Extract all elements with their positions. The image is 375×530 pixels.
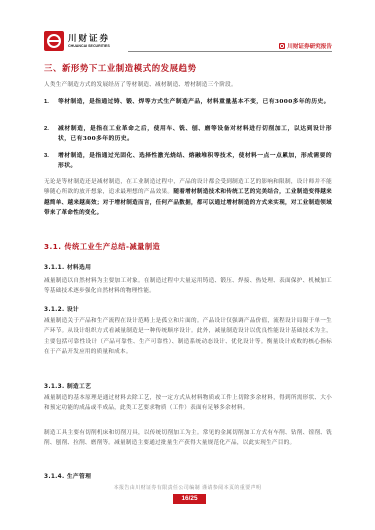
page-number-badge: 16/25	[173, 494, 206, 504]
body-paragraph: 制造工具主要有切削机床和切削刀具，以传统切削加工为主。常见的金属切削加工方式有车…	[44, 428, 332, 449]
small-logo-icon	[279, 43, 285, 49]
section-title: 三、新形势下工业制造模式的发展趋势	[44, 62, 197, 74]
document-page: 川财证券 CHUANCAI SECURITIES 川财证券研究报告 三、新形势下…	[0, 0, 375, 530]
list-item-text: 增材制造，是指通过光固化、选择性激光烧结、熔融堆积等技术，使材料一点一点累加，形…	[58, 151, 332, 172]
list-item-text: 等材制造，是指通过铸、锻、焊等方式生产制造产品，材料重量基本不变，已有3000多…	[58, 97, 332, 107]
header-divider	[128, 51, 332, 52]
body-paragraph: 减量制造的基本原理是通过材料去除工艺，按一定方式从材料物质或工件上切除多余材料，…	[44, 393, 332, 414]
report-tag: 川财证券研究报告	[279, 42, 332, 50]
report-tag-label: 川财证券研究报告	[287, 42, 332, 50]
list-item: 1. 等材制造，是指通过铸、锻、焊等方式生产制造产品，材料重量基本不变，已有30…	[44, 97, 332, 107]
section-intro: 人类生产制造方式的发展经历了等材制造、减材制造、增材制造三个阶段。	[44, 80, 332, 90]
subsubsection-title: 3.1.4. 生产管理	[44, 471, 91, 480]
list-item-number: 1.	[44, 97, 49, 107]
body-paragraph: 减量制造以自然材料为主要加工对象。在制造过程中大量运用铸造、锻压、焊接、热处理、…	[44, 276, 332, 297]
subsubsection-title: 3.1.1. 材料选用	[44, 262, 91, 271]
section-paragraph: 无论是等材制造还是减材制造，在工业制造过程中，产品的设计都会受到制造工艺的影响和…	[44, 177, 332, 219]
subsubsection-title: 3.1.2. 设计	[44, 304, 79, 313]
page-header: 川财证券 CHUANCAI SECURITIES 川财证券研究报告	[44, 31, 332, 53]
body-paragraph: 减量制造关于产品和生产流程在设计范畴上是孤立和片面的。产品设计仅强调产品价值，流…	[44, 316, 332, 358]
list-item: 2. 减材制造，是指在工业革命之后，使用车、铣、刨、磨等设备对材料进行切削加工，…	[44, 124, 332, 145]
brand-name-cn: 川财证券	[68, 32, 110, 44]
subsection-title: 3.1. 传统工业生产总结-减量制造	[44, 242, 160, 252]
list-item-text: 减材制造，是指在工业革命之后，使用车、铣、刨、磨等设备对材料进行切削加工，以达到…	[58, 124, 332, 145]
list-item-number: 2.	[44, 124, 49, 134]
company-logo-icon	[44, 31, 64, 51]
footer-disclaimer: 本报告由川财证券有限责任公司编制 谨请参阅本页的重要声明	[0, 484, 375, 491]
brand-name-en: CHUANCAI SECURITIES	[68, 44, 110, 48]
list-item: 3. 增材制造，是指通过光固化、选择性激光烧结、熔融堆积等技术，使材料一点一点累…	[44, 151, 332, 172]
list-item-number: 3.	[44, 151, 49, 161]
subsubsection-title: 3.1.3. 制造工艺	[44, 381, 91, 390]
